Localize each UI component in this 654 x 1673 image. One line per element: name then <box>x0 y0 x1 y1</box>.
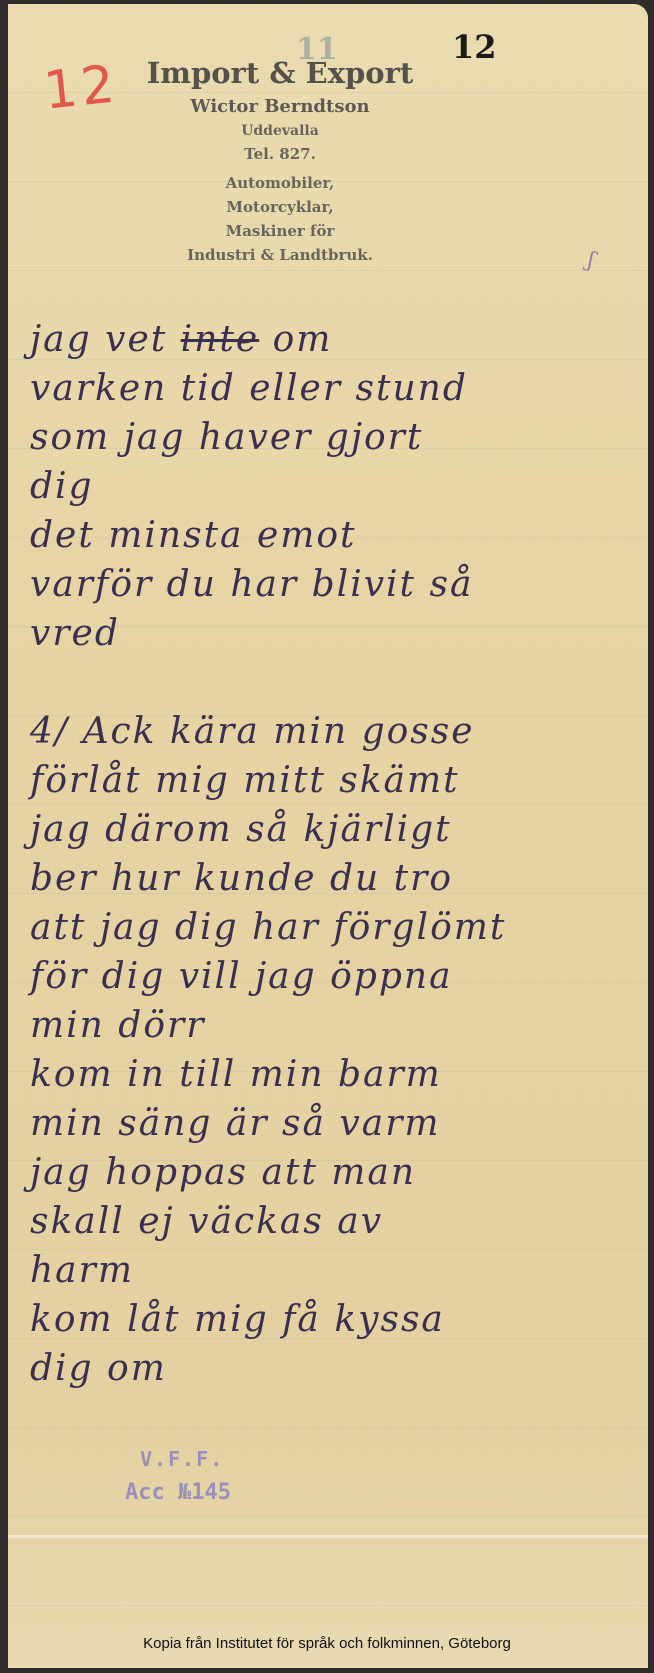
line-text: dig om <box>30 1348 167 1389</box>
page-number: 12 <box>452 28 497 66</box>
line-text: som jag haver gjort <box>30 417 423 458</box>
handwritten-line: förlåt mig mitt skämt <box>30 756 640 805</box>
handwritten-line: kom in till min barm <box>30 1050 640 1099</box>
line-text: kom låt mig få kyssa <box>30 1299 445 1340</box>
line-text: för dig vill jag öppna <box>30 956 453 997</box>
handwritten-line <box>30 658 640 707</box>
letterhead: Import & Export Wictor Berndtson Uddeval… <box>130 56 430 267</box>
handwritten-line: för dig vill jag öppna <box>30 952 640 1001</box>
letterhead-city: Uddevalla <box>130 123 430 139</box>
handwritten-line: min säng är så varm <box>30 1099 640 1148</box>
handwritten-line: jag hoppas att man <box>30 1148 640 1197</box>
line-text: vred <box>30 613 120 654</box>
line-text: min säng är så varm <box>30 1103 441 1144</box>
letterhead-name: Wictor Berndtson <box>130 96 430 117</box>
line-text: ber hur kunde du tro <box>30 858 453 899</box>
handwritten-line: 4/ Ack kära min gosse <box>30 707 640 756</box>
line-text: om <box>259 319 332 360</box>
line-text: att jag dig har förglömt <box>30 907 506 948</box>
letterhead-goods-line: Automobiler, <box>130 171 430 195</box>
handwritten-line: jag därom så kjärligt <box>30 805 640 854</box>
letterhead-goods-line: Motorcyklar, <box>130 195 430 219</box>
line-text: varför du har blivit så <box>30 564 473 605</box>
line-text: jag hoppas att man <box>30 1152 416 1193</box>
letterhead-goods-line: Maskiner för <box>130 219 430 243</box>
handwritten-line: varför du har blivit så <box>30 560 640 609</box>
handwritten-line: som jag haver gjort <box>30 413 640 462</box>
handwritten-text: jag vet inte omvarken tid eller stundsom… <box>30 315 640 1393</box>
letterhead-title: Import & Export <box>130 56 430 90</box>
handwritten-line: varken tid eller stund <box>30 364 640 413</box>
handwritten-line: jag vet inte om <box>30 315 640 364</box>
handwritten-line: dig <box>30 462 640 511</box>
line-text: jag vet <box>30 319 181 360</box>
struck-word: inte <box>181 319 259 360</box>
handwritten-line: det minsta emot <box>30 511 640 560</box>
line-text: det minsta emot <box>30 515 357 556</box>
archive-stamp-vff: V.F.F. <box>140 1447 224 1471</box>
handwritten-line: vred <box>30 609 640 658</box>
handwritten-line: kom låt mig få kyssa <box>30 1295 640 1344</box>
line-text: harm <box>30 1250 134 1291</box>
line-text: min dörr <box>30 1005 205 1046</box>
letterhead-goods: Automobiler, Motorcyklar, Maskiner för I… <box>130 171 430 267</box>
handwritten-line: dig om <box>30 1344 640 1393</box>
letterhead-phone: Tel. 827. <box>130 145 430 163</box>
line-text: kom in till min barm <box>30 1054 442 1095</box>
line-text: skall ej väckas av <box>30 1201 383 1242</box>
line-text: förlåt mig mitt skämt <box>30 760 460 801</box>
handwritten-line: skall ej väckas av <box>30 1197 640 1246</box>
line-text: 4/ Ack kära min gosse <box>30 711 475 752</box>
copyright-footer: Kopia från Institutet för språk och folk… <box>0 1635 654 1652</box>
handwritten-line: ber hur kunde du tro <box>30 854 640 903</box>
line-text: varken tid eller stund <box>30 368 468 409</box>
line-text: dig <box>30 466 94 507</box>
handwritten-line: harm <box>30 1246 640 1295</box>
handwritten-line: att jag dig har förglömt <box>30 903 640 952</box>
fold-line <box>8 1535 648 1538</box>
letterhead-goods-line: Industri & Landtbruk. <box>130 243 430 267</box>
archive-stamp-accession: Acc №145 <box>125 1480 231 1505</box>
red-page-annotation: 12 <box>41 54 121 121</box>
line-text: jag därom så kjärligt <box>30 809 452 850</box>
handwritten-line: min dörr <box>30 1001 640 1050</box>
